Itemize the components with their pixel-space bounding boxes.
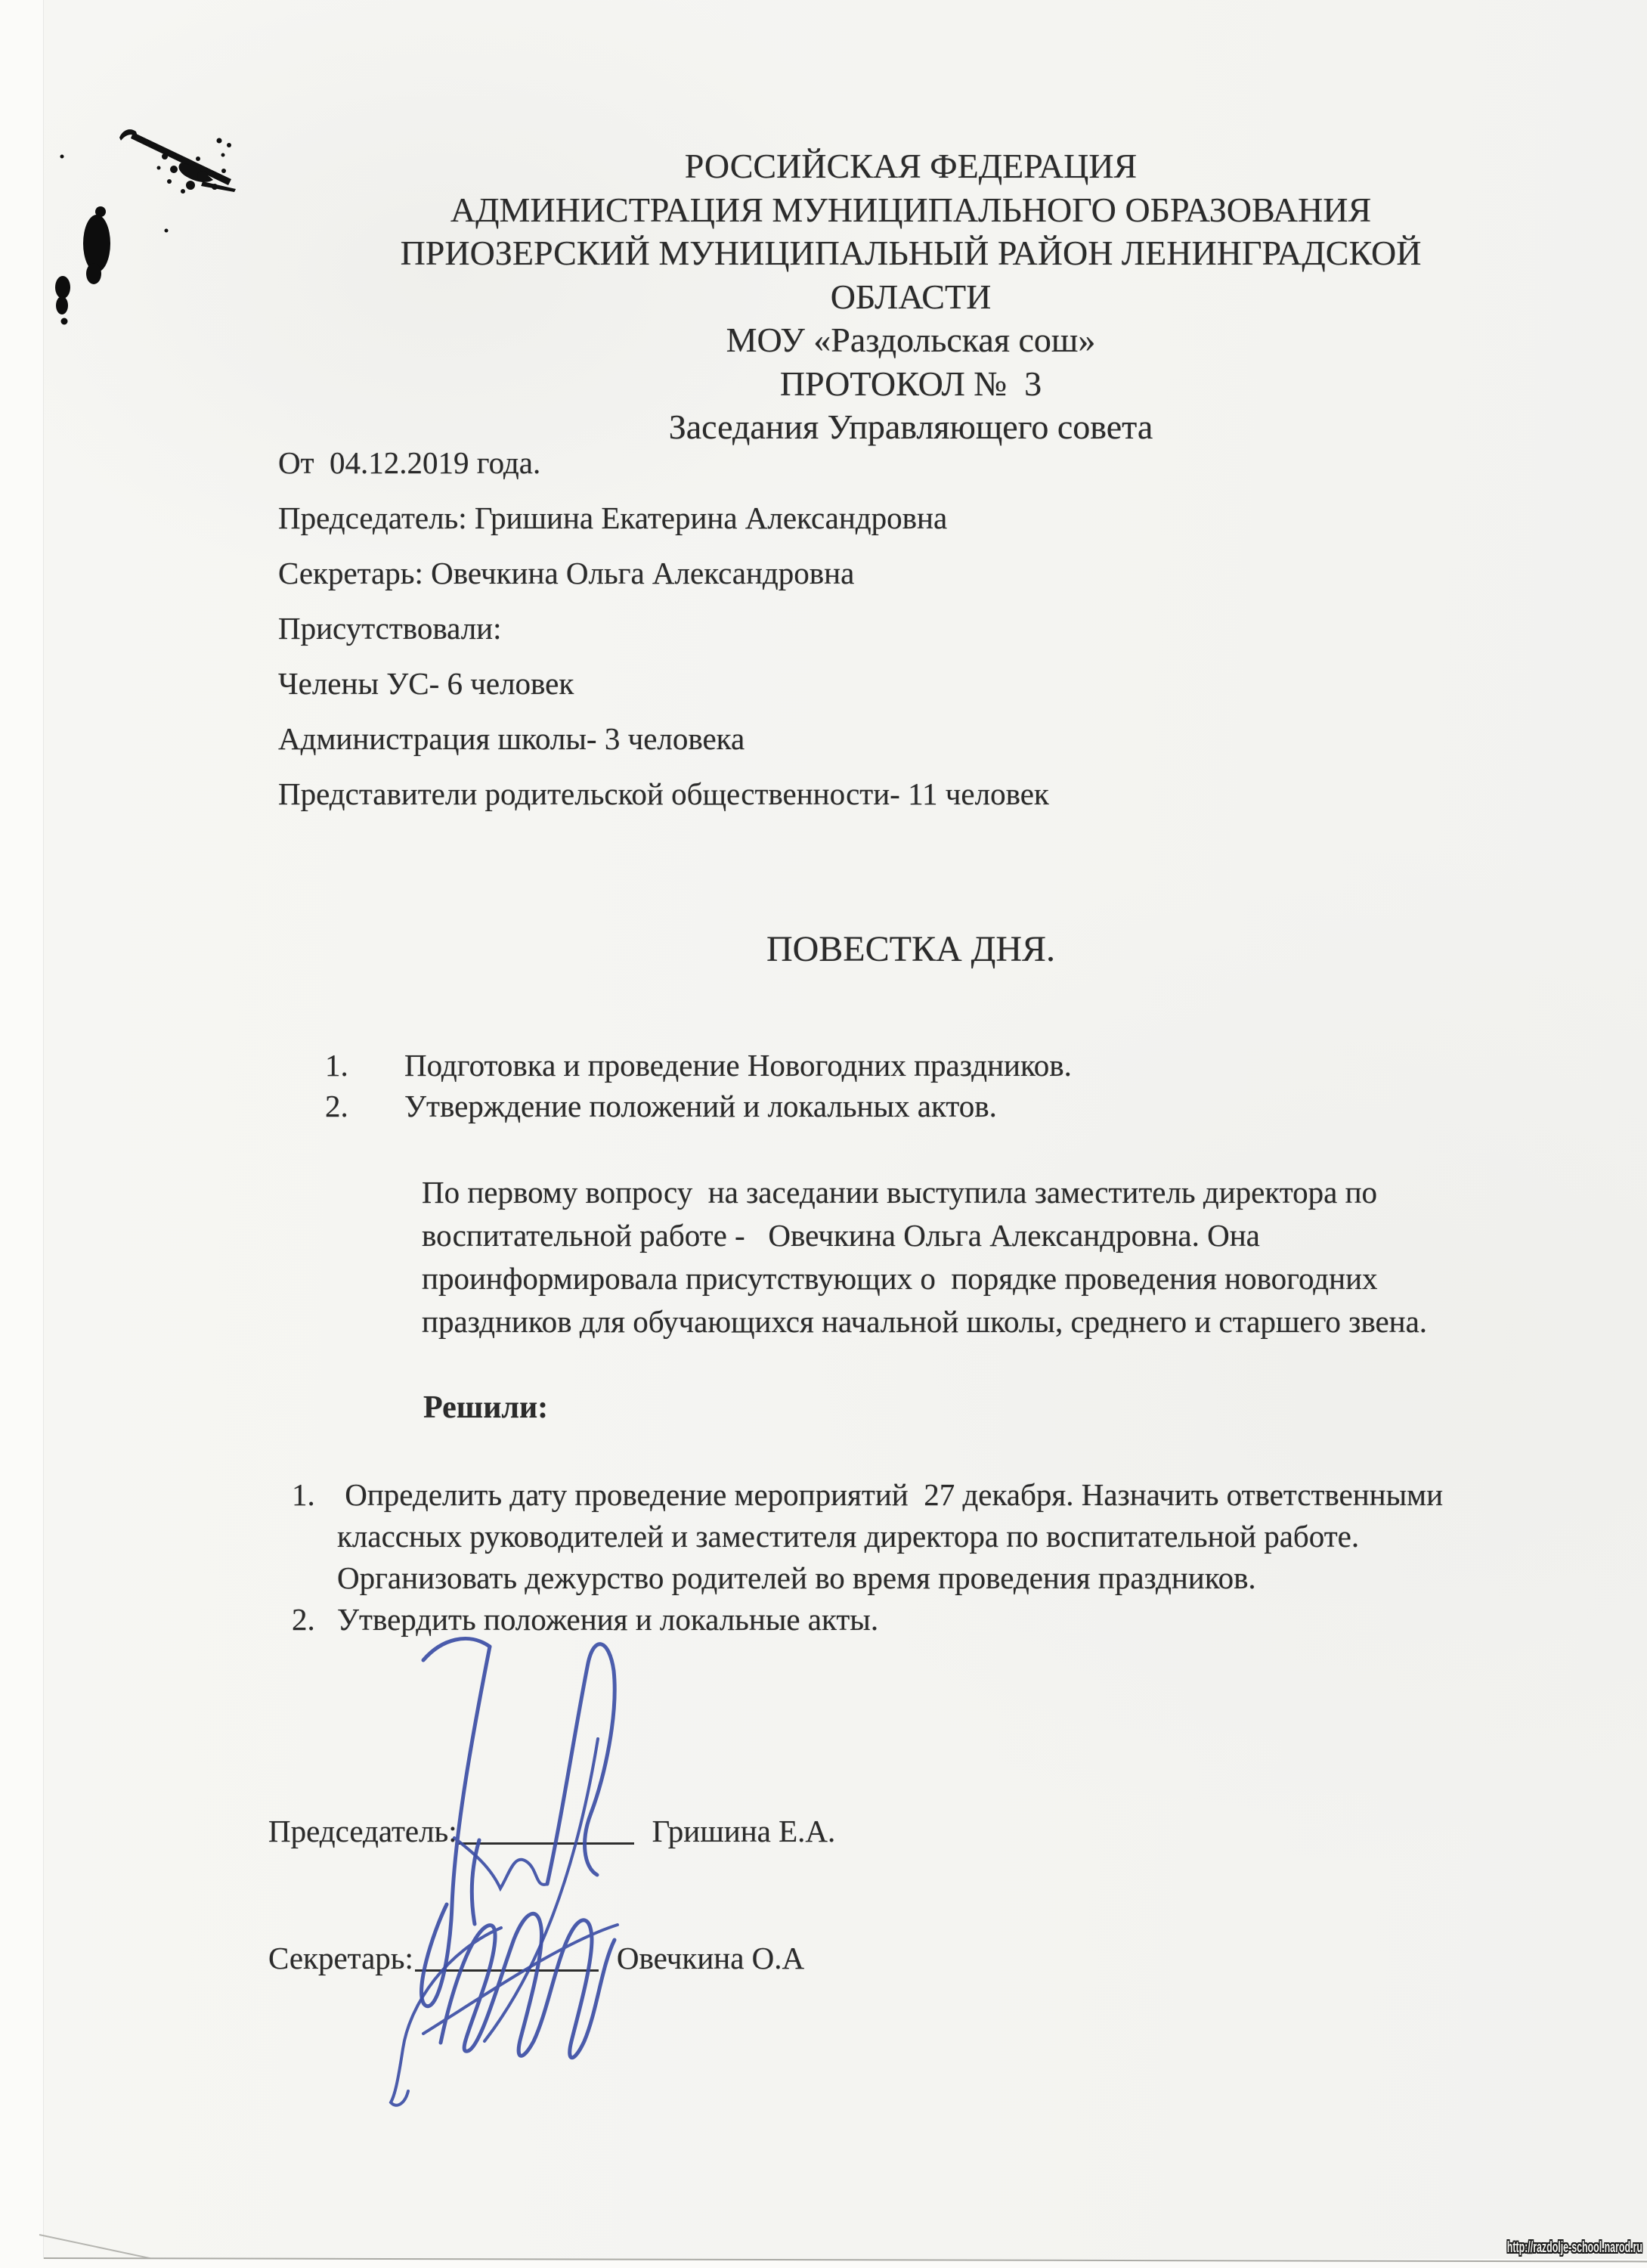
secretary-signature-label: Секретарь: — [268, 1941, 413, 1975]
agenda-item-text: Подготовка и проведение Новогодних празд… — [404, 1045, 1072, 1086]
secretary-signature-row: Секретарь:Овечкина О.А — [268, 1938, 804, 1978]
header-line-administration: АДМИНИСТРАЦИЯ МУНИЦИПАЛЬНОГО ОБРАЗОВАНИЯ — [276, 188, 1546, 232]
decision-item-text: Утвердить положения и локальные акты. — [337, 1599, 1562, 1641]
chairman-signature-row: Председатель:Гришина Е.А. — [268, 1811, 835, 1851]
council-members-line: Челены УС- 6 человек — [278, 656, 1049, 711]
decision-item: 2. Утвердить положения и локальные акты. — [292, 1599, 1562, 1641]
agenda-item-number: 2. — [325, 1086, 404, 1126]
discussion-line: проинформировала присутствующих о порядк… — [422, 1257, 1503, 1300]
watermark-url: http://razdolje-school.narod.ru — [1507, 2239, 1642, 2257]
parents-representatives-line: Представители родительской общественност… — [278, 767, 1049, 822]
decision-item-number: 2. — [292, 1599, 337, 1641]
resolved-heading: Решили: — [423, 1388, 548, 1427]
header-line-protocol-number: ПРОТОКОЛ № 3 — [276, 362, 1546, 406]
chairman-signature-name: Гришина Е.А. — [652, 1814, 836, 1848]
discussion-line: праздников для обучающихся начальной шко… — [422, 1300, 1503, 1343]
discussion-line: воспитательной работе - Овечкина Ольга А… — [422, 1214, 1503, 1257]
agenda-item: 2. Утверждение положений и локальных акт… — [325, 1086, 1072, 1126]
decision-line: Определить дату проведение мероприятий 2… — [337, 1474, 1562, 1516]
secretary-signature-blank-line — [415, 1969, 599, 1972]
secretary-signature-name: Овечкина О.А — [617, 1941, 804, 1975]
agenda-item-number: 1. — [325, 1045, 404, 1086]
attendees-label: Присутствовали: — [278, 601, 1049, 656]
meeting-date-line: От 04.12.2019 года. — [278, 435, 1049, 491]
decision-item: 1. Определить дату проведение мероприяти… — [292, 1474, 1562, 1599]
header-line-school: МОУ «Раздольская сош» — [276, 318, 1546, 362]
meeting-meta: От 04.12.2019 года. Председатель: Гришин… — [278, 435, 1049, 822]
agenda-item-text: Утверждение положений и локальных актов. — [404, 1086, 997, 1126]
decision-line: классных руководителей и заместителя дир… — [337, 1516, 1562, 1557]
document-header: РОССИЙСКАЯ ФЕДЕРАЦИЯ АДМИНИСТРАЦИЯ МУНИЦ… — [276, 144, 1546, 449]
chairman-signature-label: Председатель: — [268, 1814, 457, 1848]
agenda-title: ПОВЕСТКА ДНЯ. — [276, 931, 1546, 968]
header-line-country: РОССИЙСКАЯ ФЕДЕРАЦИЯ — [276, 144, 1546, 188]
administration-line: Администрация школы- 3 человека — [278, 711, 1049, 767]
header-line-region: ОБЛАСТИ — [276, 275, 1546, 319]
first-question-paragraph: По первому вопросу на заседании выступил… — [422, 1171, 1503, 1343]
agenda-item: 1. Подготовка и проведение Новогодних пр… — [325, 1045, 1072, 1086]
chairman-line: Председатель: Гришина Екатерина Александ… — [278, 491, 1049, 546]
decisions-list: 1. Определить дату проведение мероприяти… — [292, 1474, 1562, 1641]
secretary-line: Секретарь: Овечкина Ольга Александровна — [278, 546, 1049, 601]
header-line-district: ПРИОЗЕРСКИЙ МУНИЦИПАЛЬНЫЙ РАЙОН ЛЕНИНГРА… — [276, 231, 1546, 275]
chairman-signature-blank-line — [459, 1842, 634, 1845]
decision-line: Организовать дежурство родителей во врем… — [337, 1557, 1562, 1599]
scanned-protocol-document: РОССИЙСКАЯ ФЕДЕРАЦИЯ АДМИНИСТРАЦИЯ МУНИЦ… — [0, 0, 1647, 2268]
decision-line: Утвердить положения и локальные акты. — [337, 1599, 1562, 1641]
agenda-list: 1. Подготовка и проведение Новогодних пр… — [325, 1045, 1072, 1126]
decision-item-text: Определить дату проведение мероприятий 2… — [337, 1474, 1562, 1599]
decision-item-number: 1. — [292, 1474, 337, 1599]
discussion-line: По первому вопросу на заседании выступил… — [422, 1171, 1503, 1214]
